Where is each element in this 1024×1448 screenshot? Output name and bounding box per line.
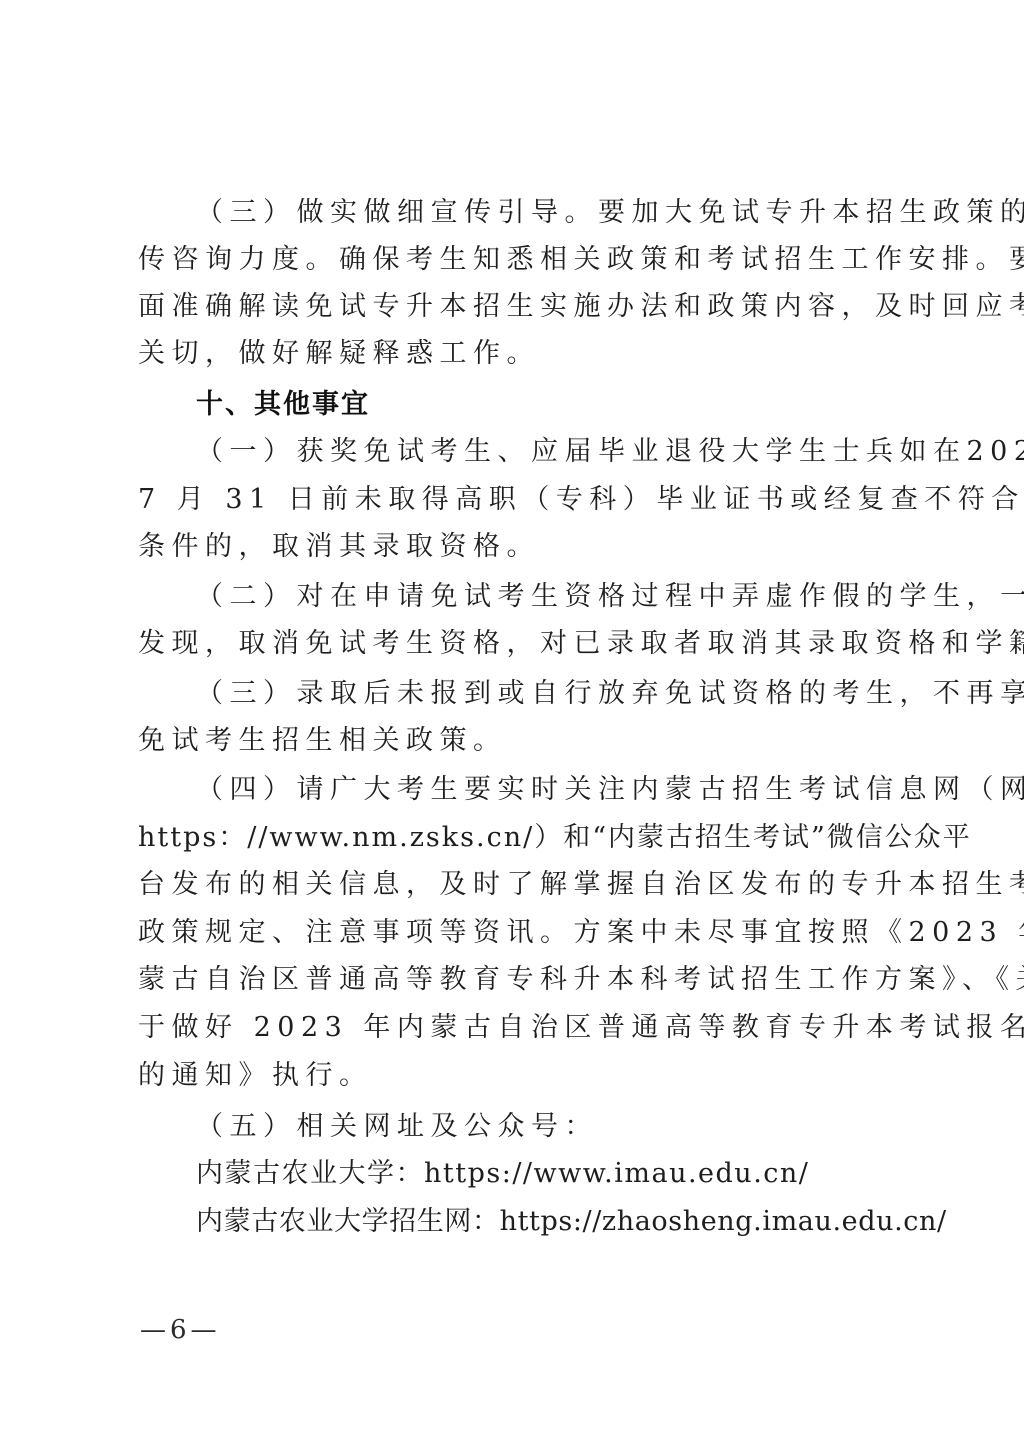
paragraph-10-1-line-3: 条件的，取消其录取资格。 [138, 527, 896, 567]
page-number: —6— [140, 1312, 221, 1348]
paragraph-publicity-line-2: 传咨询力度。确保考生知悉相关政策和考试招生工作安排。要全 [138, 240, 896, 280]
paragraph-10-2-line-1: （二）对在申请免试考生资格过程中弄虚作假的学生，一经 [196, 577, 896, 617]
document-page: （三）做实做细宣传引导。要加大免试专升本招生政策的宣 传咨询力度。确保考生知悉相… [0, 0, 1024, 1448]
paragraph-10-2-line-2: 发现，取消免试考生资格，对已录取者取消其录取资格和学籍。 [138, 624, 896, 664]
paragraph-10-4-line-6: 于做好 2023 年内蒙古自治区普通高等教育专升本考试报名工作 [138, 1008, 896, 1048]
paragraph-10-3-line-2: 免试考生招生相关政策。 [138, 721, 896, 761]
paragraph-10-4-line-1: （四）请广大考生要实时关注内蒙古招生考试信息网（网址 [196, 770, 896, 810]
paragraph-10-4-line-4: 政策规定、注意事项等资讯。方案中未尽事宜按照《2023 年内 [138, 913, 896, 953]
paragraph-publicity-line-3: 面准确解读免试专升本招生实施办法和政策内容，及时回应考生 [138, 287, 896, 327]
paragraph-10-4-line-7: 的通知》执行。 [138, 1056, 896, 1096]
paragraph-10-5-heading: （五）相关网址及公众号： [196, 1107, 896, 1147]
paragraph-10-4-line-5: 蒙古自治区普通高等教育专科升本科考试招生工作方案》、《关 [138, 960, 896, 1000]
paragraph-publicity-line-1: （三）做实做细宣传引导。要加大免试专升本招生政策的宣 [196, 193, 896, 233]
link-imau-admissions[interactable]: 内蒙古农业大学招生网：https://zhaosheng.imau.edu.cn… [196, 1202, 896, 1242]
paragraph-10-4-line-3: 台发布的相关信息，及时了解掌握自治区发布的专升本招生考试 [138, 865, 896, 905]
section-heading-other-matters: 十、其他事宜 [196, 385, 896, 425]
paragraph-10-1-line-1: （一）获奖免试考生、应届毕业退役大学生士兵如在2023 年 [196, 432, 896, 472]
paragraph-10-3-line-1: （三）录取后未报到或自行放弃免试资格的考生，不再享受 [196, 674, 896, 714]
paragraph-10-4-line-2: https：//www.nm.zsks.cn/）和“内蒙古招生考试”微信公众平 [138, 818, 896, 858]
paragraph-10-1-line-2: 7 月 31 日前未取得高职（专科）毕业证书或经复查不符合报名 [138, 480, 896, 520]
link-imau-homepage[interactable]: 内蒙古农业大学：https://www.imau.edu.cn/ [196, 1154, 896, 1194]
paragraph-publicity-line-4: 关切，做好解疑释惑工作。 [138, 334, 896, 374]
